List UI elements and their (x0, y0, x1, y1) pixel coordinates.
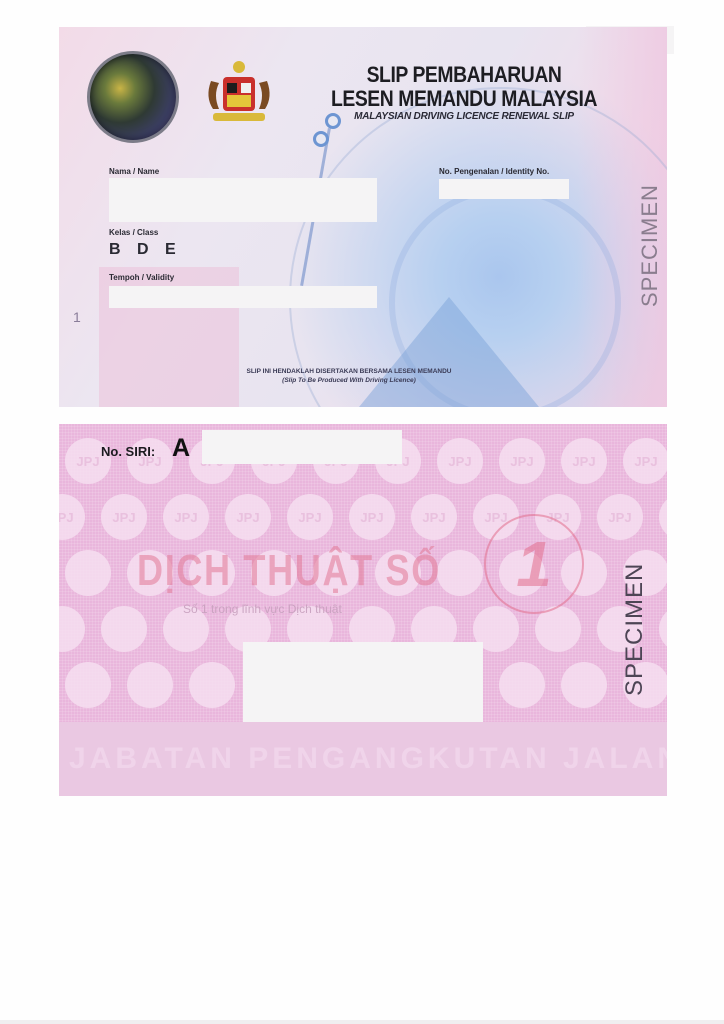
specimen-watermark: SPECIMEN (637, 184, 663, 307)
serial-label: No. SIRI: (101, 444, 155, 459)
validity-label: Tempoh / Validity (109, 273, 174, 282)
serial-value-redacted (202, 430, 402, 464)
class-label: Kelas / Class (109, 228, 158, 237)
slip-title: SLIP PEMBAHARUAN LESEN MEMANDU MALAYSIA (319, 63, 609, 111)
jpj-pattern-circle (65, 550, 111, 596)
jpj-pattern-circle: JPJ (597, 494, 643, 540)
translation-watermark-title: DỊCH THUẬT SỐ (137, 546, 441, 596)
agency-strip-text: JABATAN PENGANGKUTAN JALAN (69, 742, 667, 776)
jpj-pattern-circle (499, 662, 545, 708)
jpj-pattern-circle: JPJ (623, 438, 667, 484)
name-label: Nama / Name (109, 167, 159, 176)
translation-logo-number: 1 (516, 527, 552, 601)
jpj-pattern-circle (561, 662, 607, 708)
title-line-2: LESEN MEMANDU MALAYSIA (319, 87, 609, 111)
id-label: No. Pengenalan / Identity No. (439, 167, 549, 176)
jpj-pattern-circle: JPJ (349, 494, 395, 540)
footer-line-1: SLIP INI HENDAKLAH DISERTAKAN BERSAMA LE… (179, 367, 519, 376)
footer-line-2: (Slip To Be Produced With Driving Licenc… (179, 376, 519, 385)
jpj-pattern-circle (127, 662, 173, 708)
side-mark: 1 (73, 309, 81, 325)
name-value-redacted (109, 178, 377, 222)
coat-of-arms-icon (199, 59, 279, 125)
class-value: B D E (109, 241, 182, 259)
jpj-pattern-circle (437, 550, 483, 596)
photo-or-stamp-redacted (243, 642, 483, 722)
serial-prefix: A (172, 434, 190, 463)
route-dot (313, 131, 329, 147)
jpj-pattern-circle: JPJ (59, 494, 85, 540)
renewal-slip-front: SLIP PEMBAHARUAN LESEN MEMANDU MALAYSIA … (59, 27, 667, 407)
road-graphic (359, 297, 539, 407)
jpj-pattern-circle: JPJ (437, 438, 483, 484)
jpj-pattern-circle: JPJ (225, 494, 271, 540)
jpj-pattern-circle: JPJ (101, 494, 147, 540)
jpj-pattern-circle (659, 606, 667, 652)
jpj-pattern-circle: JPJ (287, 494, 333, 540)
footer-note: SLIP INI HENDAKLAH DISERTAKAN BERSAMA LE… (179, 367, 519, 385)
jpj-pattern-circle: JPJ (561, 438, 607, 484)
translation-logo-icon: 1 (484, 514, 584, 614)
jpj-pattern-circle: JPJ (411, 494, 457, 540)
jpj-pattern-circle (59, 606, 85, 652)
specimen-watermark: SPECIMEN (621, 563, 649, 696)
jpj-pattern-circle (189, 662, 235, 708)
translation-watermark-subtitle: Số 1 trong lĩnh vực Dịch thuật (183, 602, 342, 616)
jpj-pattern-circle: JPJ (163, 494, 209, 540)
slip-subtitle: MALAYSIAN DRIVING LICENCE RENEWAL SLIP (299, 111, 629, 122)
jpj-pattern-circle (101, 606, 147, 652)
page-edge (0, 1020, 724, 1024)
jpj-pattern-circle: JPJ (659, 494, 667, 540)
title-line-1: SLIP PEMBAHARUAN (319, 63, 609, 87)
validity-value-redacted (109, 286, 377, 308)
jpj-pattern-circle: JPJ (499, 438, 545, 484)
hologram-seal-icon (87, 51, 179, 143)
id-value-redacted (439, 179, 569, 199)
jpj-pattern-circle (65, 662, 111, 708)
renewal-slip-back: JPJJPJJPJJPJJPJJPJJPJJPJJPJJPJJPJJPJJPJJ… (59, 424, 667, 796)
